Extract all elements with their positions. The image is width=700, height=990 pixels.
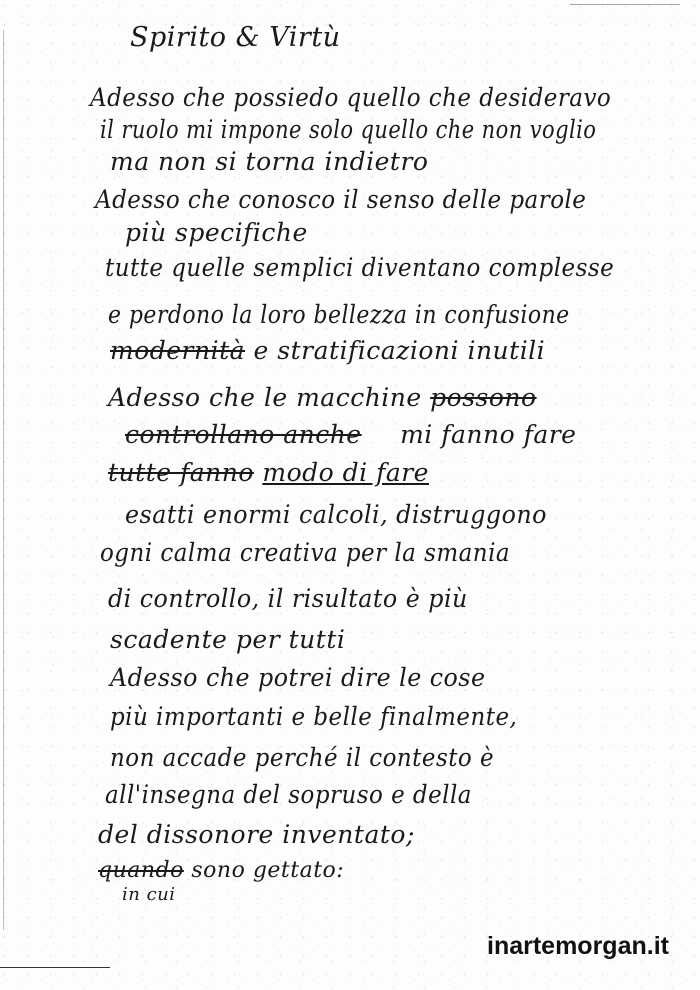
line-text: e stratificazioni inutili xyxy=(254,336,546,365)
struck-word: modernità xyxy=(110,336,245,365)
poem-line: non accade perché il contesto è xyxy=(110,743,494,772)
poem-line: in cui xyxy=(122,884,176,905)
poem-line: Adesso che le macchine possono xyxy=(108,383,537,412)
poem-line: ogni calma creativa per la smania xyxy=(100,538,510,567)
watermark: inartemorgan.it xyxy=(487,932,669,961)
manuscript-page: Spirito & Virtù Adesso che possiedo quel… xyxy=(0,0,700,990)
struck-word: controllano anche xyxy=(125,420,362,449)
line-text: mi fanno fare xyxy=(400,420,576,449)
poem-line: Adesso che potrei dire le cose xyxy=(110,663,485,692)
poem-line: tutte quelle semplici diventano compless… xyxy=(105,253,614,282)
poem-line: e perdono la loro bellezza in confusione xyxy=(108,300,570,329)
line-text: modo di fare xyxy=(262,458,429,487)
struck-word: quando xyxy=(98,858,184,883)
poem-title: Spirito & Virtù xyxy=(130,22,341,53)
poem-line: più importanti e belle finalmente, xyxy=(110,702,517,731)
poem-line: del dissonore inventato; xyxy=(98,820,415,849)
poem-line: il ruolo mi impone solo quello che non v… xyxy=(100,115,596,144)
scan-edge-top xyxy=(570,4,680,5)
poem-line: tutte fanno modo di fare xyxy=(108,458,429,487)
struck-word: tutte fanno xyxy=(108,458,254,487)
poem-line: controllano anche mi fanno fare xyxy=(125,420,576,449)
scan-edge-left xyxy=(3,30,4,930)
poem-line: modernità e stratificazioni inutili xyxy=(110,336,545,365)
poem-line: di controllo, il risultato è più xyxy=(108,584,468,613)
poem-line: esatti enormi calcoli, distruggono xyxy=(125,500,547,529)
poem-line: Adesso che possiedo quello che desiderav… xyxy=(90,83,611,112)
poem-line: Adesso che conosco il senso delle parole xyxy=(95,185,586,214)
line-text: Adesso che le macchine xyxy=(108,383,422,412)
poem-line: più specifiche xyxy=(125,218,308,247)
poem-line: all'insegna del sopruso e della xyxy=(105,780,472,809)
scan-edge-bottom xyxy=(0,967,110,968)
poem-line: ma non si torna indietro xyxy=(110,147,428,176)
poem-line: scadente per tutti xyxy=(110,625,345,654)
poem-line: quando sono gettato: xyxy=(98,858,344,883)
line-text: sono gettato: xyxy=(191,858,344,883)
struck-word: possono xyxy=(430,383,536,412)
